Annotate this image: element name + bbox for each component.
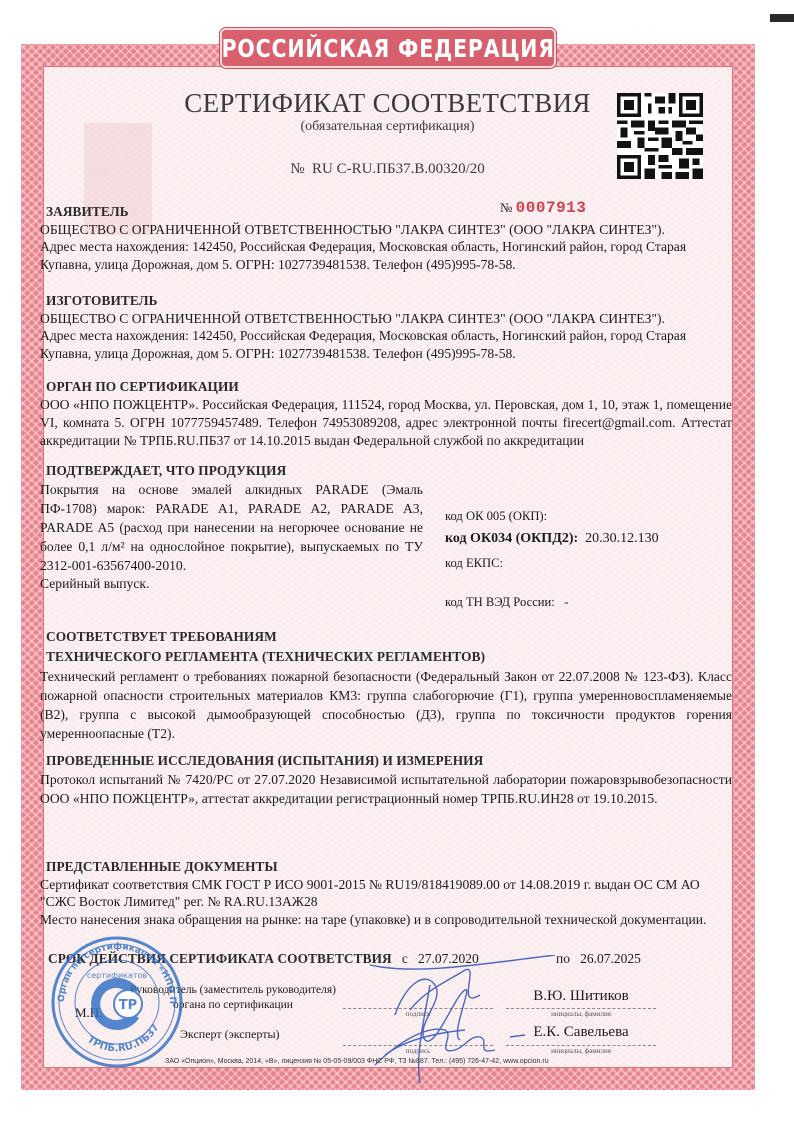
product-release: Серийный выпуск. bbox=[40, 575, 732, 593]
ekps-label: код ЕКПС: bbox=[445, 556, 503, 570]
certificate-number: № RU C-RU.ПБ37.В.00320/20 bbox=[150, 161, 625, 178]
handwritten-signature-icon bbox=[355, 955, 565, 1085]
tests-heading: ПРОВЕДЕННЫЕ ИССЛЕДОВАНИЯ (ИСПЫТАНИЯ) И И… bbox=[40, 752, 732, 770]
okpd2-value: 20.30.12.130 bbox=[585, 531, 659, 546]
document-subtitle: (обязательная сертификация) bbox=[150, 119, 625, 135]
okp-label: код ОК 005 (ОКП): bbox=[445, 509, 547, 523]
validity-to-row: по 26.07.2025 bbox=[556, 951, 641, 967]
banner-text: РОССИЙСКАЯ ФЕДЕРАЦИЯ bbox=[221, 34, 554, 63]
svg-text:ТР: ТР bbox=[119, 998, 137, 1013]
documents-heading: ПРЕДСТАВЛЕННЫЕ ДОКУМЕНТЫ bbox=[40, 858, 732, 876]
tests-section: ПРОВЕДЕННЫЕ ИССЛЕДОВАНИЯ (ИСПЫТАНИЯ) И И… bbox=[40, 752, 732, 808]
applicant-address: Адрес места нахождения: 142450, Российск… bbox=[40, 238, 732, 273]
code-ekps: код ЕКПС: bbox=[445, 556, 503, 571]
code-tnved: код ТН ВЭД России: - bbox=[445, 595, 568, 610]
code-okpd2: код ОК034 (ОКПД2): 20.30.12.130 bbox=[445, 531, 659, 547]
certification-body-text: ООО «НПО ПОЖЦЕНТР». Российская Федерация… bbox=[40, 396, 732, 450]
code-okp: код ОК 005 (ОКП): bbox=[445, 509, 547, 524]
printer-imprint: ЗАО «Опцион», Москва, 2014, «В», лицензи… bbox=[165, 1058, 549, 1065]
qr-code-icon bbox=[616, 93, 704, 179]
document-title: СЕРТИФИКАТ СООТВЕТСТВИЯ bbox=[150, 88, 625, 119]
product-description: Покрытия на основе эмалей алкидных PARAD… bbox=[40, 480, 423, 575]
expert-label: Эксперт (эксперты) bbox=[180, 1027, 280, 1042]
okpd2-label: код ОК034 (ОКПД2): bbox=[445, 531, 578, 546]
validity-to: 26.07.2025 bbox=[580, 951, 641, 966]
scan-edge bbox=[770, 14, 794, 22]
certification-body-section: ОРГАН ПО СЕРТИФИКАЦИИ ООО «НПО ПОЖЦЕНТР»… bbox=[40, 378, 732, 450]
manufacturer-heading: ИЗГОТОВИТЕЛЬ bbox=[40, 292, 732, 310]
tnved-label: код ТН ВЭД России: bbox=[445, 595, 555, 609]
requirements-heading-2: ТЕХНИЧЕСКОГО РЕГЛАМЕНТА (ТЕХНИЧЕСКИХ РЕГ… bbox=[40, 647, 732, 667]
certification-stamp-icon: Орган по сертификации «НПО ПОЖЦЕНТР» ТРП… bbox=[42, 930, 192, 1070]
requirements-text: Технический регламент о требованиях пожа… bbox=[40, 667, 732, 743]
requirements-heading-1: СООТВЕТСТВУЕТ ТРЕБОВАНИЯМ bbox=[40, 627, 732, 647]
manufacturer-section: ИЗГОТОВИТЕЛЬ ОБЩЕСТВО С ОГРАНИЧЕННОЙ ОТВ… bbox=[40, 292, 732, 362]
tnved-value: - bbox=[564, 595, 568, 609]
number-value: RU C-RU.ПБ37.В.00320/20 bbox=[312, 161, 485, 177]
requirements-section: СООТВЕТСТВУЕТ ТРЕБОВАНИЯМ ТЕХНИЧЕСКОГО Р… bbox=[40, 627, 732, 743]
applicant-section: ЗАЯВИТЕЛЬ ОБЩЕСТВО С ОГРАНИЧЕННОЙ ОТВЕТС… bbox=[40, 203, 732, 273]
documents-line-2: Место нанесения знака обращения на рынке… bbox=[40, 911, 732, 929]
number-prefix: № bbox=[290, 161, 304, 177]
documents-section: ПРЕДСТАВЛЕННЫЕ ДОКУМЕНТЫ Сертификат соот… bbox=[40, 858, 732, 928]
applicant-heading: ЗАЯВИТЕЛЬ bbox=[40, 203, 732, 221]
applicant-name: ОБЩЕСТВО С ОГРАНИЧЕННОЙ ОТВЕТСТВЕННОСТЬЮ… bbox=[40, 221, 732, 239]
manufacturer-name: ОБЩЕСТВО С ОГРАНИЧЕННОЙ ОТВЕТСТВЕННОСТЬЮ… bbox=[40, 310, 732, 328]
country-banner: РОССИЙСКАЯ ФЕДЕРАЦИЯ bbox=[220, 28, 556, 68]
product-section: ПОДТВЕРЖДАЕТ, ЧТО ПРОДУКЦИЯ Покрытия на … bbox=[40, 462, 732, 592]
documents-line-1: Сертификат соответствия СМК ГОСТ Р ИСО 9… bbox=[40, 876, 732, 911]
product-heading: ПОДТВЕРЖДАЕТ, ЧТО ПРОДУКЦИЯ bbox=[40, 462, 732, 480]
manufacturer-address: Адрес места нахождения: 142450, Российск… bbox=[40, 327, 732, 362]
tests-text: Протокол испытаний № 7420/РС от 27.07.20… bbox=[40, 770, 732, 808]
certification-body-heading: ОРГАН ПО СЕРТИФИКАЦИИ bbox=[40, 378, 732, 396]
